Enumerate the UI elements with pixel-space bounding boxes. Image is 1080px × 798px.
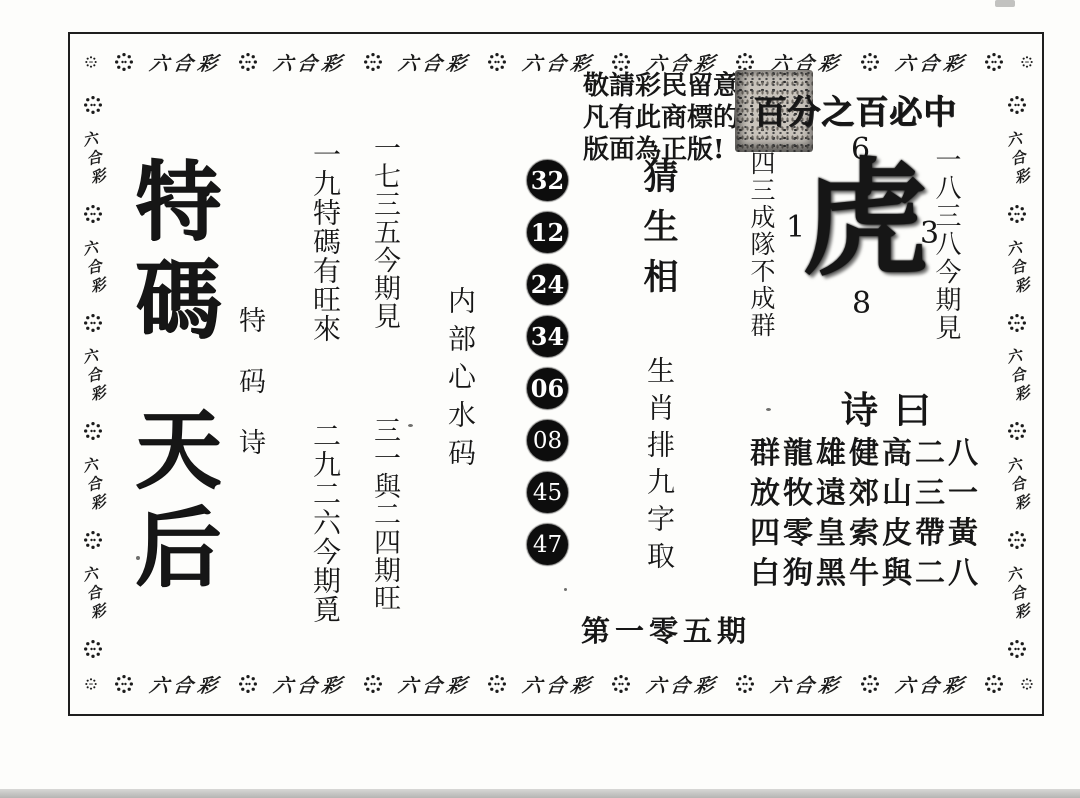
flower-ornament-icon (859, 673, 881, 695)
poem-line: 放牧遠郊山三一 (750, 474, 981, 514)
poem-line: 四零皇索皮帶黃 (750, 514, 981, 554)
flower-ornament-icon (610, 673, 632, 695)
border-brand-text: 六合彩 (80, 456, 107, 515)
flower-ornament-icon (1006, 529, 1028, 551)
scan-speck (136, 556, 140, 560)
scan-speck (564, 588, 567, 591)
number-ball: 06 (527, 368, 568, 409)
tip-column-31-24: 三一與二四期旺 (371, 416, 398, 612)
border-brand-text: 六合彩 (148, 671, 225, 698)
poem-title: 诗曰 (841, 380, 947, 434)
flower-ornament-icon (113, 51, 135, 73)
flower-ornament-icon (983, 51, 1005, 73)
flower-ornament-icon (84, 48, 98, 76)
flower-ornament-icon (486, 673, 508, 695)
border-brand-text: 六合彩 (893, 671, 970, 698)
border-brand-text: 六合彩 (80, 130, 107, 189)
border-brand-text: 六合彩 (1004, 239, 1031, 298)
zodiac-hint-right: 一八三八今期見 (933, 146, 959, 342)
scan-edge-mark (995, 0, 1015, 7)
zodiac-hint-left: 四三成隊不成群 (749, 150, 774, 339)
flower-ornament-icon (1006, 312, 1028, 334)
border-brand-text: 六合彩 (396, 671, 473, 698)
issue-number: 第一零五期 (581, 609, 751, 650)
flower-ornament-icon (237, 51, 259, 73)
flower-ornament-icon (859, 51, 881, 73)
masthead-title-top: 特碼 (127, 156, 213, 352)
border-brand-text: 六合彩 (1004, 456, 1031, 515)
border-brand-text: 六合彩 (645, 671, 722, 698)
border-brand-text: 六合彩 (1004, 565, 1031, 624)
border-brand-text: 六合彩 (769, 671, 846, 698)
flower-ornament-icon (1006, 94, 1028, 116)
border-strip-top: 六合彩 六合彩 六合彩 六合彩 六合彩 六合彩 六合彩 (80, 44, 1038, 80)
flower-ornament-icon (486, 51, 508, 73)
number-ball: 32 (527, 160, 568, 201)
flower-ornament-icon (82, 203, 104, 225)
scan-speck (766, 408, 771, 411)
lottery-tip-sheet-scan: 六合彩 六合彩 六合彩 六合彩 六合彩 六合彩 六合彩 六合彩 六合彩 六合彩 … (0, 0, 1080, 798)
number-ball: 47 (527, 524, 568, 565)
scan-speck (408, 424, 413, 427)
flower-ornament-icon (84, 670, 98, 698)
poem-line: 群龍雄健高二八 (750, 434, 981, 474)
flower-ornament-icon (1006, 638, 1028, 660)
flower-ornament-icon (1020, 670, 1034, 698)
flower-ornament-icon (82, 638, 104, 660)
border-strip-right: 六合彩 六合彩 六合彩 六合彩 六合彩 (1000, 90, 1034, 664)
border-brand-text: 六合彩 (396, 49, 473, 76)
masthead-title-bottom: 天后 (127, 404, 213, 600)
flower-ornament-icon (1020, 48, 1034, 76)
border-brand-text: 六合彩 (148, 49, 225, 76)
border-brand-text: 六合彩 (1004, 348, 1031, 407)
tip-column-17-35: 一七三五今期見 (371, 134, 398, 330)
border-strip-bottom: 六合彩 六合彩 六合彩 六合彩 六合彩 六合彩 六合彩 (80, 666, 1038, 702)
border-brand-text: 六合彩 (1004, 130, 1031, 189)
flower-ornament-icon (734, 673, 756, 695)
border-brand-text: 六合彩 (80, 239, 107, 298)
border-brand-text: 六合彩 (272, 671, 349, 698)
slogan-text: 百分之百必中 (753, 86, 957, 133)
flower-ornament-icon (983, 673, 1005, 695)
notice-line: 敬請彩民留意 (583, 70, 743, 102)
tip-column-29-26: 二九二六今期覓 (311, 421, 339, 624)
flower-ornament-icon (82, 420, 104, 442)
guess-zodiac-title: 猜生相 (641, 158, 676, 308)
poem-line: 白狗黑牛與二八 (750, 554, 981, 594)
flower-ornament-icon (1006, 203, 1028, 225)
flower-ornament-icon (82, 94, 104, 116)
flower-ornament-icon (362, 51, 384, 73)
number-ball: 24 (527, 264, 568, 305)
tip-column-19: 一九特碼有旺來 (311, 140, 339, 343)
border-brand-text: 六合彩 (272, 49, 349, 76)
poem-lines: 群龍雄健高二八 放牧遠郊山三一 四零皇索皮帶黃 白狗黑牛與二八 (750, 434, 981, 594)
border-brand-text: 六合彩 (893, 49, 970, 76)
number-ball: 12 (527, 212, 568, 253)
zodiac-animal-character: 虎 (802, 150, 928, 289)
border-strip-left: 六合彩 六合彩 六合彩 六合彩 六合彩 (76, 90, 110, 664)
guess-zodiac-subtitle: 生肖排九字取 (645, 356, 673, 578)
border-brand-text: 六合彩 (80, 565, 107, 624)
border-brand-text: 六合彩 (521, 671, 598, 698)
border-brand-text: 六合彩 (80, 348, 107, 407)
number-ball: 08 (527, 420, 568, 461)
lucky-number-balls: 32 12 24 34 06 08 45 47 (527, 160, 568, 565)
number-ball: 34 (527, 316, 568, 357)
flower-ornament-icon (113, 673, 135, 695)
flower-ornament-icon (362, 673, 384, 695)
inner-codes-label: 内部心水码 (446, 286, 474, 476)
flower-ornament-icon (82, 529, 104, 551)
masthead-subtitle: 特码诗 (236, 306, 263, 489)
notice-line: 凡有此商標的 (583, 102, 743, 134)
authenticity-notice: 敬請彩民留意 凡有此商標的 版面為正版! (583, 70, 743, 166)
flower-ornament-icon (1006, 420, 1028, 442)
number-ball: 45 (527, 472, 568, 513)
flower-ornament-icon (237, 673, 259, 695)
flower-ornament-icon (82, 312, 104, 334)
scan-edge-shadow (0, 789, 1080, 798)
